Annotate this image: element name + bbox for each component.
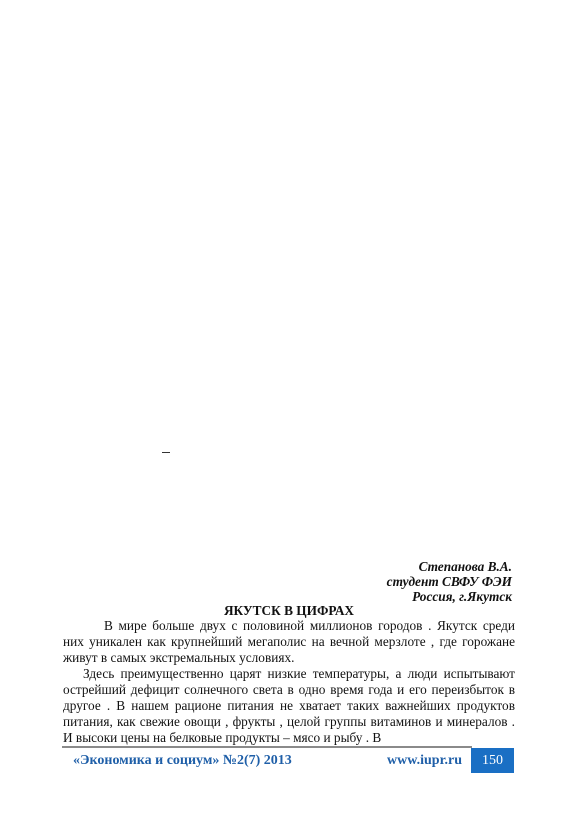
author-position: студент СВФУ ФЭИ: [387, 574, 512, 589]
stray-dash-mark: [162, 452, 170, 453]
footer-journal-title: «Экономика и социум» №2(7) 2013: [73, 752, 292, 769]
article-title: ЯКУТСК В ЦИФРАХ: [63, 603, 515, 618]
article-body: В мире больше двух с половиной миллионов…: [63, 618, 515, 746]
footer-site-link[interactable]: www.iupr.ru: [387, 752, 462, 769]
page-number: 150: [471, 748, 514, 773]
author-name: Степанова В.А.: [387, 559, 512, 574]
author-location: Россия, г.Якутск: [387, 589, 512, 604]
paragraph: В мире больше двух с половиной миллионов…: [63, 618, 515, 666]
footer-divider: [62, 746, 472, 748]
author-block: Степанова В.А. студент СВФУ ФЭИ Россия, …: [387, 559, 512, 604]
paragraph: Здесь преимущественно царят низкие темпе…: [63, 666, 515, 746]
